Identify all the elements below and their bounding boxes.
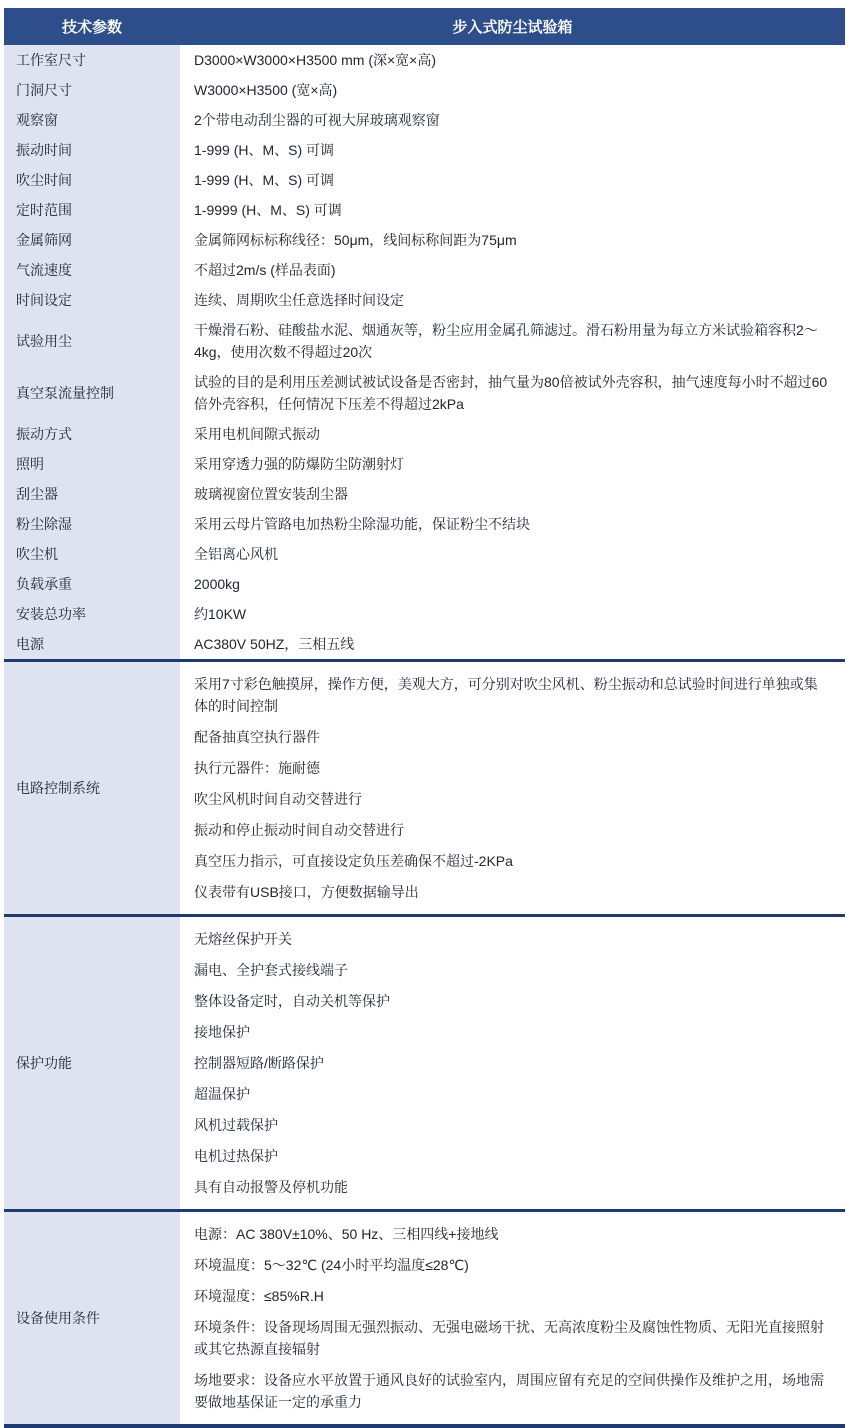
param-label: 粉尘除湿 xyxy=(4,509,180,539)
param-label: 定时范围 xyxy=(4,195,180,225)
section-label: 设备使用条件 xyxy=(4,1212,180,1424)
param-label: 振动方式 xyxy=(4,419,180,449)
section-items: 无熔丝保护开关漏电、全护套式接线端子整体设备定时，自动关机等保护接地保护控制器短… xyxy=(180,917,845,1209)
table-bottom-border xyxy=(4,1424,845,1428)
param-value: 全铝离心风机 xyxy=(180,539,845,569)
param-value: 不超过2m/s (样品表面) xyxy=(180,255,845,285)
param-value: 玻璃视窗位置安装刮尘器 xyxy=(180,479,845,509)
param-value: 采用穿透力强的防爆防尘防潮射灯 xyxy=(180,449,845,479)
section-item: 配备抽真空执行器件 xyxy=(194,726,831,748)
header-col-tech-params: 技术参数 xyxy=(4,16,180,37)
table-row: 真空泵流量控制试验的目的是利用压差测试被试设备是否密封，抽气量为80倍被试外壳容… xyxy=(4,367,845,419)
section-row: 保护功能无熔丝保护开关漏电、全护套式接线端子整体设备定时，自动关机等保护接地保护… xyxy=(4,917,845,1209)
section-item: 场地要求：设备应水平放置于通风良好的试验室内，周围应留有充足的空间供操作及维护之… xyxy=(194,1369,831,1413)
param-label: 时间设定 xyxy=(4,285,180,315)
param-value: 1-9999 (H、M、S) 可调 xyxy=(180,195,845,225)
section-item: 仪表带有USB接口，方便数据输导出 xyxy=(194,881,831,903)
section-item: 控制器短路/断路保护 xyxy=(194,1052,831,1074)
section-item: 真空压力指示，可直接设定负压差确保不超过-2KPa xyxy=(194,850,831,872)
spec-rows: 工作室尺寸D3000×W3000×H3500 mm (深×宽×高)门洞尺寸W30… xyxy=(4,45,845,659)
section-label: 保护功能 xyxy=(4,917,180,1209)
section-item: 振动和停止振动时间自动交替进行 xyxy=(194,819,831,841)
section-item: 电机过热保护 xyxy=(194,1145,831,1167)
param-label: 气流速度 xyxy=(4,255,180,285)
param-value: 1-999 (H、M、S) 可调 xyxy=(180,165,845,195)
section-item: 无熔丝保护开关 xyxy=(194,928,831,950)
table-row: 观察窗2个带电动刮尘器的可视大屏玻璃观察窗 xyxy=(4,105,845,135)
param-label: 工作室尺寸 xyxy=(4,45,180,75)
param-value: 试验的目的是利用压差测试被试设备是否密封，抽气量为80倍被试外壳容积，抽气速度每… xyxy=(180,367,845,419)
table-row: 定时范围1-9999 (H、M、S) 可调 xyxy=(4,195,845,225)
header-col-product-name: 步入式防尘试验箱 xyxy=(180,16,845,37)
param-value: D3000×W3000×H3500 mm (深×宽×高) xyxy=(180,45,845,75)
table-row: 振动时间1-999 (H、M、S) 可调 xyxy=(4,135,845,165)
table-row: 门洞尺寸W3000×H3500 (宽×高) xyxy=(4,75,845,105)
section-item: 超温保护 xyxy=(194,1083,831,1105)
param-value: 采用云母片管路电加热粉尘除湿功能，保证粉尘不结块 xyxy=(180,509,845,539)
section-row: 电路控制系统采用7寸彩色触摸屏，操作方便，美观大方，可分别对吹尘风机、粉尘振动和… xyxy=(4,662,845,914)
param-value: 约10KW xyxy=(180,599,845,629)
param-label: 安装总功率 xyxy=(4,599,180,629)
section-item: 采用7寸彩色触摸屏，操作方便，美观大方，可分别对吹尘风机、粉尘振动和总试验时间进… xyxy=(194,673,831,717)
section-item: 接地保护 xyxy=(194,1021,831,1043)
section-item: 电源：AC 380V±10%、50 Hz、三相四线+接地线 xyxy=(194,1223,831,1245)
section-item: 环境湿度：≤85%R.H xyxy=(194,1285,831,1307)
table-row: 气流速度不超过2m/s (样品表面) xyxy=(4,255,845,285)
param-label: 照明 xyxy=(4,449,180,479)
section-item: 漏电、全护套式接线端子 xyxy=(194,959,831,981)
section-label: 电路控制系统 xyxy=(4,662,180,914)
param-label: 金属筛网 xyxy=(4,225,180,255)
section-item: 风机过载保护 xyxy=(194,1114,831,1136)
param-value: 干燥滑石粉、硅酸盐水泥、烟通灰等，粉尘应用金属孔筛滤过。滑石粉用量为每立方米试验… xyxy=(180,315,845,367)
table-row: 粉尘除湿采用云母片管路电加热粉尘除湿功能，保证粉尘不结块 xyxy=(4,509,845,539)
section-item: 整体设备定时，自动关机等保护 xyxy=(194,990,831,1012)
param-label: 门洞尺寸 xyxy=(4,75,180,105)
section-item: 执行元器件：施耐德 xyxy=(194,757,831,779)
table-row: 吹尘机全铝离心风机 xyxy=(4,539,845,569)
param-value: W3000×H3500 (宽×高) xyxy=(180,75,845,105)
param-label: 振动时间 xyxy=(4,135,180,165)
param-value: AC380V 50HZ，三相五线 xyxy=(180,629,845,659)
table-row: 金属筛网金属筛网标标称线径：50μm，线间标称间距为75μm xyxy=(4,225,845,255)
param-value: 连续、周期吹尘任意选择时间设定 xyxy=(180,285,845,315)
param-label: 观察窗 xyxy=(4,105,180,135)
table-header: 技术参数 步入式防尘试验箱 xyxy=(4,8,845,45)
param-label: 吹尘机 xyxy=(4,539,180,569)
section-row: 设备使用条件电源：AC 380V±10%、50 Hz、三相四线+接地线环境温度：… xyxy=(4,1212,845,1424)
param-value: 2000kg xyxy=(180,569,845,599)
section-item: 具有自动报警及停机功能 xyxy=(194,1176,831,1198)
section-item: 吹尘风机时间自动交替进行 xyxy=(194,788,831,810)
param-value: 金属筛网标标称线径：50μm，线间标称间距为75μm xyxy=(180,225,845,255)
table-row: 振动方式采用电机间隙式振动 xyxy=(4,419,845,449)
table-row: 刮尘器玻璃视窗位置安装刮尘器 xyxy=(4,479,845,509)
table-row: 负载承重2000kg xyxy=(4,569,845,599)
section-items: 采用7寸彩色触摸屏，操作方便，美观大方，可分别对吹尘风机、粉尘振动和总试验时间进… xyxy=(180,662,845,914)
table-row: 工作室尺寸D3000×W3000×H3500 mm (深×宽×高) xyxy=(4,45,845,75)
table-row: 电源AC380V 50HZ，三相五线 xyxy=(4,629,845,659)
table-row: 吹尘时间1-999 (H、M、S) 可调 xyxy=(4,165,845,195)
param-label: 电源 xyxy=(4,629,180,659)
section-item: 环境温度：5～32℃ (24小时平均温度≤28℃) xyxy=(194,1254,831,1276)
table-row: 照明采用穿透力强的防爆防尘防潮射灯 xyxy=(4,449,845,479)
section-items: 电源：AC 380V±10%、50 Hz、三相四线+接地线环境温度：5～32℃ … xyxy=(180,1212,845,1424)
param-value: 1-999 (H、M、S) 可调 xyxy=(180,135,845,165)
param-label: 吹尘时间 xyxy=(4,165,180,195)
param-label: 试验用尘 xyxy=(4,315,180,367)
spec-sheet: 技术参数 步入式防尘试验箱 工作室尺寸D3000×W3000×H3500 mm … xyxy=(0,0,849,1428)
section-item: 环境条件：设备现场周围无强烈振动、无强电磁场干扰、无高浓度粉尘及腐蚀性物质、无阳… xyxy=(194,1316,831,1360)
table-row: 试验用尘干燥滑石粉、硅酸盐水泥、烟通灰等，粉尘应用金属孔筛滤过。滑石粉用量为每立… xyxy=(4,315,845,367)
param-value: 2个带电动刮尘器的可视大屏玻璃观察窗 xyxy=(180,105,845,135)
param-label: 真空泵流量控制 xyxy=(4,367,180,419)
param-value: 采用电机间隙式振动 xyxy=(180,419,845,449)
param-label: 负载承重 xyxy=(4,569,180,599)
table-row: 安装总功率约10KW xyxy=(4,599,845,629)
spec-sections: 电路控制系统采用7寸彩色触摸屏，操作方便，美观大方，可分别对吹尘风机、粉尘振动和… xyxy=(4,659,845,1424)
table-row: 时间设定连续、周期吹尘任意选择时间设定 xyxy=(4,285,845,315)
spec-table: 技术参数 步入式防尘试验箱 工作室尺寸D3000×W3000×H3500 mm … xyxy=(4,8,845,1428)
param-label: 刮尘器 xyxy=(4,479,180,509)
